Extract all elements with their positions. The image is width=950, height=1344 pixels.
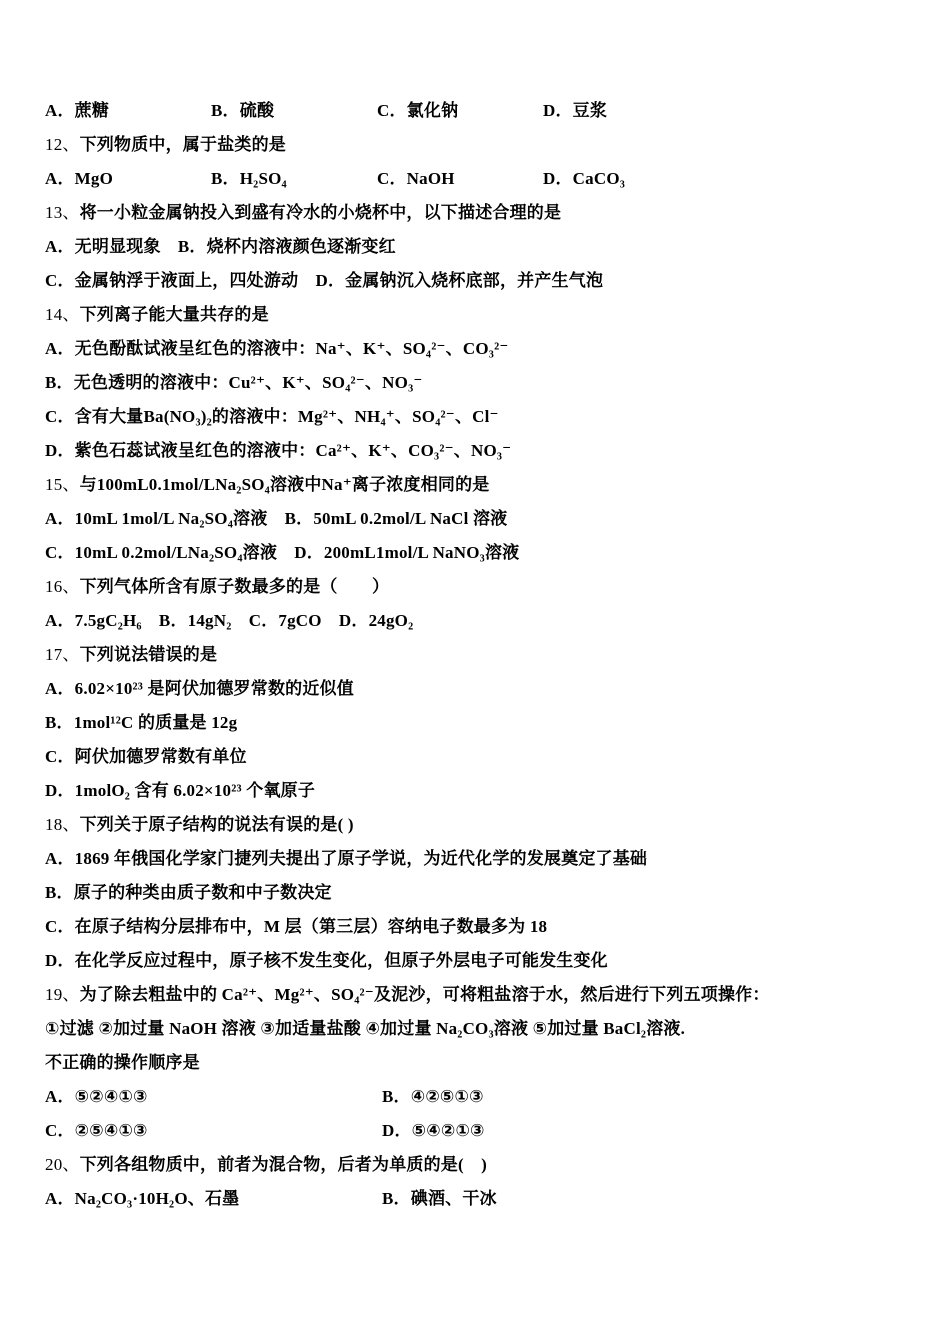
line-text: B．原子的种类由质子数和中子数决定 xyxy=(45,883,332,902)
question-number: 20、 xyxy=(45,1155,80,1174)
exam-line-15: 16、下列气体所含有原子数最多的是（ ） xyxy=(45,570,915,604)
line-text: C．金属钠浮于液面上，四处游动 D．金属钠沉入烧杯底部，并产生气泡 xyxy=(45,271,603,290)
exam-line-18: A．6.02×10²³ 是阿伏加德罗常数的近似值 xyxy=(45,672,915,706)
line-text: A．7.5gC₂H₆ B．14gN₂ C．7gCO D．24gO₂ xyxy=(45,611,413,630)
question-stem: 下列说法错误的是 xyxy=(80,645,218,664)
question-stem: 下列各组物质中，前者为混合物，后者为单质的是( ) xyxy=(80,1155,487,1174)
question-stem: 为了除去粗盐中的 Ca²⁺、Mg²⁺、SO₄²⁻及泥沙，可将粗盐溶于水，然后进行… xyxy=(80,985,770,1004)
question-stem: 下列离子能大量共存的是 xyxy=(80,305,269,324)
question-number: 13、 xyxy=(45,203,80,222)
line-text: A．无色酚酞试液呈红色的溶液中：Na⁺、K⁺、SO₄²⁻、CO₃²⁻ xyxy=(45,339,509,358)
exam-line-24: B．原子的种类由质子数和中子数决定 xyxy=(45,876,915,910)
exam-line-29: 不正确的操作顺序是 xyxy=(45,1046,915,1080)
exam-line-7: 14、下列离子能大量共存的是 xyxy=(45,298,915,332)
exam-line-32: 20、下列各组物质中，前者为混合物，后者为单质的是( ) xyxy=(45,1148,915,1182)
exam-line-4: 13、将一小粒金属钠投入到盛有冷水的小烧杯中，以下描述合理的是 xyxy=(45,196,915,230)
option-cell: A．蔗糖 xyxy=(45,94,211,128)
question-number: 18、 xyxy=(45,815,80,834)
option-cell: C．NaOH xyxy=(377,162,543,196)
question-stem: 下列物质中，属于盐类的是 xyxy=(80,135,286,154)
line-text: D．在化学反应过程中，原子核不发生变化，但原子外层电子可能发生变化 xyxy=(45,951,608,970)
option-cell: B．④②⑤①③ xyxy=(382,1080,484,1114)
line-text: A．6.02×10²³ 是阿伏加德罗常数的近似值 xyxy=(45,679,354,698)
exam-page: A．蔗糖B．硫酸C．氯化钠D．豆浆12、下列物质中，属于盐类的是A．MgOB．H… xyxy=(45,94,915,1216)
line-text: A．1869 年俄国化学家门捷列夫提出了原子学说，为近代化学的发展奠定了基础 xyxy=(45,849,647,868)
exam-line-16: A．7.5gC₂H₆ B．14gN₂ C．7gCO D．24gO₂ xyxy=(45,604,915,638)
exam-line-13: A．10mL 1mol/L Na₂SO₄溶液 B．50mL 0.2mol/L N… xyxy=(45,502,915,536)
exam-line-6: C．金属钠浮于液面上，四处游动 D．金属钠沉入烧杯底部，并产生气泡 xyxy=(45,264,915,298)
exam-line-9: B．无色透明的溶液中：Cu²⁺、K⁺、SO₄²⁻、NO₃⁻ xyxy=(45,366,915,400)
line-text: ①过滤 ②加过量 NaOH 溶液 ③加适量盐酸 ④加过量 Na₂CO₃溶液 ⑤加… xyxy=(45,1019,685,1038)
line-text: B．1mol¹²C 的质量是 12g xyxy=(45,713,237,732)
question-number: 12、 xyxy=(45,135,80,154)
exam-line-20: C．阿伏加德罗常数有单位 xyxy=(45,740,915,774)
option-cell: C．氯化钠 xyxy=(377,94,543,128)
option-cell: D．CaCO₃ xyxy=(543,162,625,196)
option-cell: D．⑤④②①③ xyxy=(382,1114,485,1148)
exam-line-10: C．含有大量Ba(NO₃)₂的溶液中：Mg²⁺、NH₄⁺、SO₄²⁻、Cl⁻ xyxy=(45,400,915,434)
option-cell: B．硫酸 xyxy=(211,94,377,128)
exam-line-22: 18、下列关于原子结构的说法有误的是( ) xyxy=(45,808,915,842)
option-cell: A．Na₂CO₃·10H₂O、石墨 xyxy=(45,1182,382,1216)
question-stem: 下列关于原子结构的说法有误的是( ) xyxy=(80,815,354,834)
line-text: C．10mL 0.2mol/LNa₂SO₄溶液 D．200mL1mol/L Na… xyxy=(45,543,519,562)
exam-line-30: A．⑤②④①③B．④②⑤①③ xyxy=(45,1080,915,1114)
exam-line-28: ①过滤 ②加过量 NaOH 溶液 ③加适量盐酸 ④加过量 Na₂CO₃溶液 ⑤加… xyxy=(45,1012,915,1046)
line-text: D．1molO₂ 含有 6.02×10²³ 个氧原子 xyxy=(45,781,315,800)
question-number: 17、 xyxy=(45,645,80,664)
exam-line-33: A．Na₂CO₃·10H₂O、石墨B．碘酒、干冰 xyxy=(45,1182,915,1216)
question-number: 14、 xyxy=(45,305,80,324)
exam-line-14: C．10mL 0.2mol/LNa₂SO₄溶液 D．200mL1mol/L Na… xyxy=(45,536,915,570)
exam-line-3: A．MgOB．H₂SO₄C．NaOHD．CaCO₃ xyxy=(45,162,915,196)
option-cell: B．H₂SO₄ xyxy=(211,162,377,196)
line-text: 不正确的操作顺序是 xyxy=(45,1053,200,1072)
exam-line-31: C．②⑤④①③D．⑤④②①③ xyxy=(45,1114,915,1148)
exam-line-11: D．紫色石蕊试液呈红色的溶液中：Ca²⁺、K⁺、CO₃²⁻、NO₃⁻ xyxy=(45,434,915,468)
line-text: C．含有大量Ba(NO₃)₂的溶液中：Mg²⁺、NH₄⁺、SO₄²⁻、Cl⁻ xyxy=(45,407,499,426)
exam-line-21: D．1molO₂ 含有 6.02×10²³ 个氧原子 xyxy=(45,774,915,808)
line-text: C．在原子结构分层排布中，M 层（第三层）容纳电子数最多为 18 xyxy=(45,917,547,936)
exam-line-8: A．无色酚酞试液呈红色的溶液中：Na⁺、K⁺、SO₄²⁻、CO₃²⁻ xyxy=(45,332,915,366)
question-number: 16、 xyxy=(45,577,80,596)
line-text: A．无明显现象 B．烧杯内溶液颜色逐渐变红 xyxy=(45,237,396,256)
line-text: B．无色透明的溶液中：Cu²⁺、K⁺、SO₄²⁻、NO₃⁻ xyxy=(45,373,423,392)
question-stem: 将一小粒金属钠投入到盛有冷水的小烧杯中，以下描述合理的是 xyxy=(80,203,562,222)
option-cell: A．MgO xyxy=(45,162,211,196)
question-number: 15、 xyxy=(45,475,80,494)
line-text: D．紫色石蕊试液呈红色的溶液中：Ca²⁺、K⁺、CO₃²⁻、NO₃⁻ xyxy=(45,441,511,460)
exam-line-5: A．无明显现象 B．烧杯内溶液颜色逐渐变红 xyxy=(45,230,915,264)
exam-line-27: 19、为了除去粗盐中的 Ca²⁺、Mg²⁺、SO₄²⁻及泥沙，可将粗盐溶于水，然… xyxy=(45,978,915,1012)
exam-line-25: C．在原子结构分层排布中，M 层（第三层）容纳电子数最多为 18 xyxy=(45,910,915,944)
option-cell: C．②⑤④①③ xyxy=(45,1114,382,1148)
question-number: 19、 xyxy=(45,985,80,1004)
exam-line-2: 12、下列物质中，属于盐类的是 xyxy=(45,128,915,162)
exam-line-17: 17、下列说法错误的是 xyxy=(45,638,915,672)
exam-line-1: A．蔗糖B．硫酸C．氯化钠D．豆浆 xyxy=(45,94,915,128)
question-stem: 与100mL0.1mol/LNa₂SO₄溶液中Na⁺离子浓度相同的是 xyxy=(80,475,490,494)
line-text: A．10mL 1mol/L Na₂SO₄溶液 B．50mL 0.2mol/L N… xyxy=(45,509,507,528)
exam-line-19: B．1mol¹²C 的质量是 12g xyxy=(45,706,915,740)
line-text: C．阿伏加德罗常数有单位 xyxy=(45,747,247,766)
option-cell: D．豆浆 xyxy=(543,94,607,128)
exam-line-12: 15、与100mL0.1mol/LNa₂SO₄溶液中Na⁺离子浓度相同的是 xyxy=(45,468,915,502)
option-cell: B．碘酒、干冰 xyxy=(382,1182,497,1216)
exam-line-26: D．在化学反应过程中，原子核不发生变化，但原子外层电子可能发生变化 xyxy=(45,944,915,978)
option-cell: A．⑤②④①③ xyxy=(45,1080,382,1114)
document-background: { "page": { "background": "#ffffff", "te… xyxy=(0,0,950,1344)
question-stem: 下列气体所含有原子数最多的是（ ） xyxy=(80,577,390,596)
exam-line-23: A．1869 年俄国化学家门捷列夫提出了原子学说，为近代化学的发展奠定了基础 xyxy=(45,842,915,876)
